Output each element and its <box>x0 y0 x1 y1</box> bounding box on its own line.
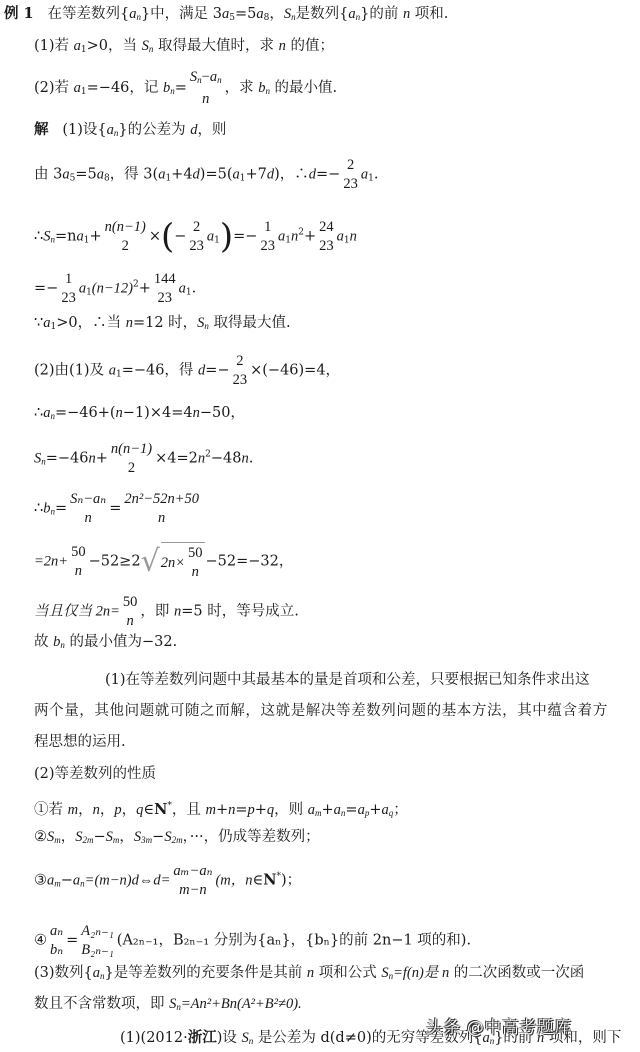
question-1: (1)若 a1>0，当 Sn 取得最大值时，求 n 的值； <box>34 36 334 60</box>
note-1-line-3: 程思想的运用. <box>34 732 126 752</box>
fraction: A₂ₙ₋₁B₂ₙ₋₁ <box>79 922 115 959</box>
solution-line-6: (2)由(1)及 a1=−46，得 d=−223×(−46)=4， <box>34 352 340 389</box>
solution-line-3: ∴Sn=na1+n(n−1)2×(−223a1)=−123a1n2+2423a1… <box>34 218 357 255</box>
solution-line-9: ∴bn=Sₙ−aₙn=2n²−52n+50n <box>34 490 202 527</box>
note-2-title: (2)等差数列的性质 <box>34 764 156 784</box>
solution-line-4: =−123a1(n−12)2+14423a1. <box>34 270 196 307</box>
property-2: ②Sm，S2m−Sm，S3m−S2m，···，仍成等差数列； <box>34 827 320 850</box>
solution-label: 解 <box>34 121 49 138</box>
note-1-line-2: 两个量，其他问题就可随之而解，这就是解决等差数列问题的基本方法，其中蕴含着方 <box>34 701 608 721</box>
fraction: 123 <box>59 270 78 307</box>
note-3-line-1: (3)数列{an}是等差数列的充要条件是其前 n 项和公式 Sn=f(n)是 n… <box>34 963 584 986</box>
example-statement: 例 1 在等差数列{an}中，满足 3a5=5a8，Sn是数列{an}的前 n … <box>4 4 448 28</box>
solution-line-11: 当且仅当 2n=50n，即 n=5 时，等号成立. <box>34 593 299 630</box>
solution-line-5: ∵a1>0，∴当 n=12 时，Sn 取得最大值. <box>34 313 291 337</box>
fraction: 2423 <box>317 218 336 255</box>
note-1-line-1: (1)在等差数列问题中其最基本的量是首项和公差，只要根据已知条件求出这 <box>105 670 590 690</box>
fraction: Sₙ−aₙn <box>68 490 108 527</box>
property-3: ③am−an=(m−n)d⇔d=aₘ−aₙm−n(m，n∈N*)； <box>34 862 301 899</box>
fraction: n(n−1)2 <box>109 440 154 477</box>
fraction: Sn−ann <box>188 68 224 108</box>
note-3-line-2: 数且不含常数项，即 Sn=An²+Bn(A²+B²≠0). <box>34 994 302 1017</box>
fraction: aₙbₙ <box>48 922 65 959</box>
fraction: 123 <box>258 218 277 255</box>
solution-line-1: 解 (1)设{an}的公差为 d，则 <box>34 120 226 143</box>
solution-line-8: Sn=−46n+n(n−1)2×4=2n2−48n. <box>34 440 253 477</box>
fraction: 14423 <box>152 270 178 307</box>
property-1: ①若 m，n，p，q∈N*，且 m+n=p+q，则 am+an=ap+aq； <box>34 796 408 823</box>
example-label: 例 1 <box>4 5 34 22</box>
solution-line-2: 由 3a5=5a8，得 3(a1+4d)=5(a1+7d)，∴d=−223a1. <box>34 156 378 193</box>
fraction: 50n <box>69 543 88 580</box>
square-root: √2n×50n <box>141 542 206 581</box>
fraction: aₘ−aₙm−n <box>171 862 214 899</box>
question-2: (2)若 a1=−46，记 bn=Sn−ann，求 bn 的最小值. <box>34 68 337 108</box>
property-4: ④aₙbₙ=A₂ₙ₋₁B₂ₙ₋₁(A₂ₙ₋₁，B₂ₙ₋₁ 分别为{aₙ}，{bₙ… <box>34 922 471 959</box>
solution-conclusion: 故 bn 的最小值为−32. <box>34 632 177 655</box>
fraction: 2n²−52n+50n <box>122 490 201 527</box>
solution-line-7: ∴an=−46+(n−1)×4=4n−50， <box>34 403 245 426</box>
watermark: 头条 @中高考题库 <box>426 1013 572 1038</box>
fraction: 223 <box>187 218 206 255</box>
fraction: 223 <box>231 352 250 389</box>
fraction: 50n <box>121 593 140 630</box>
fraction: n(n−1)2 <box>103 218 148 255</box>
solution-line-10: =2n+50n−52≥2√2n×50n−52=−32， <box>34 542 293 581</box>
fraction: 223 <box>341 156 360 193</box>
fraction: 50n <box>186 544 205 581</box>
